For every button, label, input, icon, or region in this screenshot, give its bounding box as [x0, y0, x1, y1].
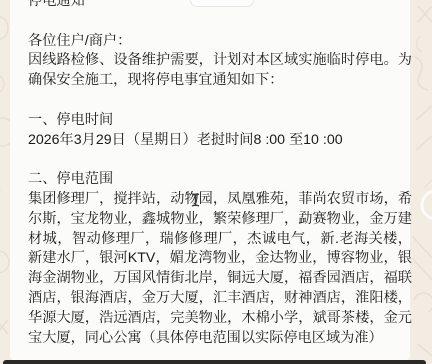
- notice-intro: 因线路检修、设备维护需要，计划对本区域实施临时停电。为确保安全施工，现将停电事宜…: [28, 51, 412, 91]
- section-2-heading: 二、停电范围: [28, 170, 412, 190]
- next-message-edge[interactable]: [3, 360, 426, 364]
- spacer: [28, 12, 412, 32]
- notice-salutation: 各位住户/商户：: [28, 32, 412, 52]
- top-pill-remnant[interactable]: [190, 0, 254, 7]
- notice-content: 停电通知 各位住户/商户： 因线路检修、设备维护需要，计划对本区域实施临时停电。…: [28, 0, 412, 348]
- section-1-heading: 一、停电时间: [28, 111, 412, 131]
- spacer: [28, 91, 412, 111]
- section-2-body: 集团修理厂，搅拌站，动物园，凤凰雅苑，菲尚农贸市场，希尔斯，宝龙物业，鑫城物业，…: [28, 190, 412, 348]
- section-1-body: 2026年3月29日（星期日）老挝时间8 :00 至10 :00: [28, 131, 412, 151]
- message-bubble[interactable]: 停电通知 各位住户/商户： 因线路检修、设备维护需要，计划对本区域实施临时停电。…: [10, 0, 410, 361]
- chat-background: 停电通知 各位住户/商户： 因线路检修、设备维护需要，计划对本区域实施临时停电。…: [0, 0, 432, 364]
- spacer: [28, 150, 412, 170]
